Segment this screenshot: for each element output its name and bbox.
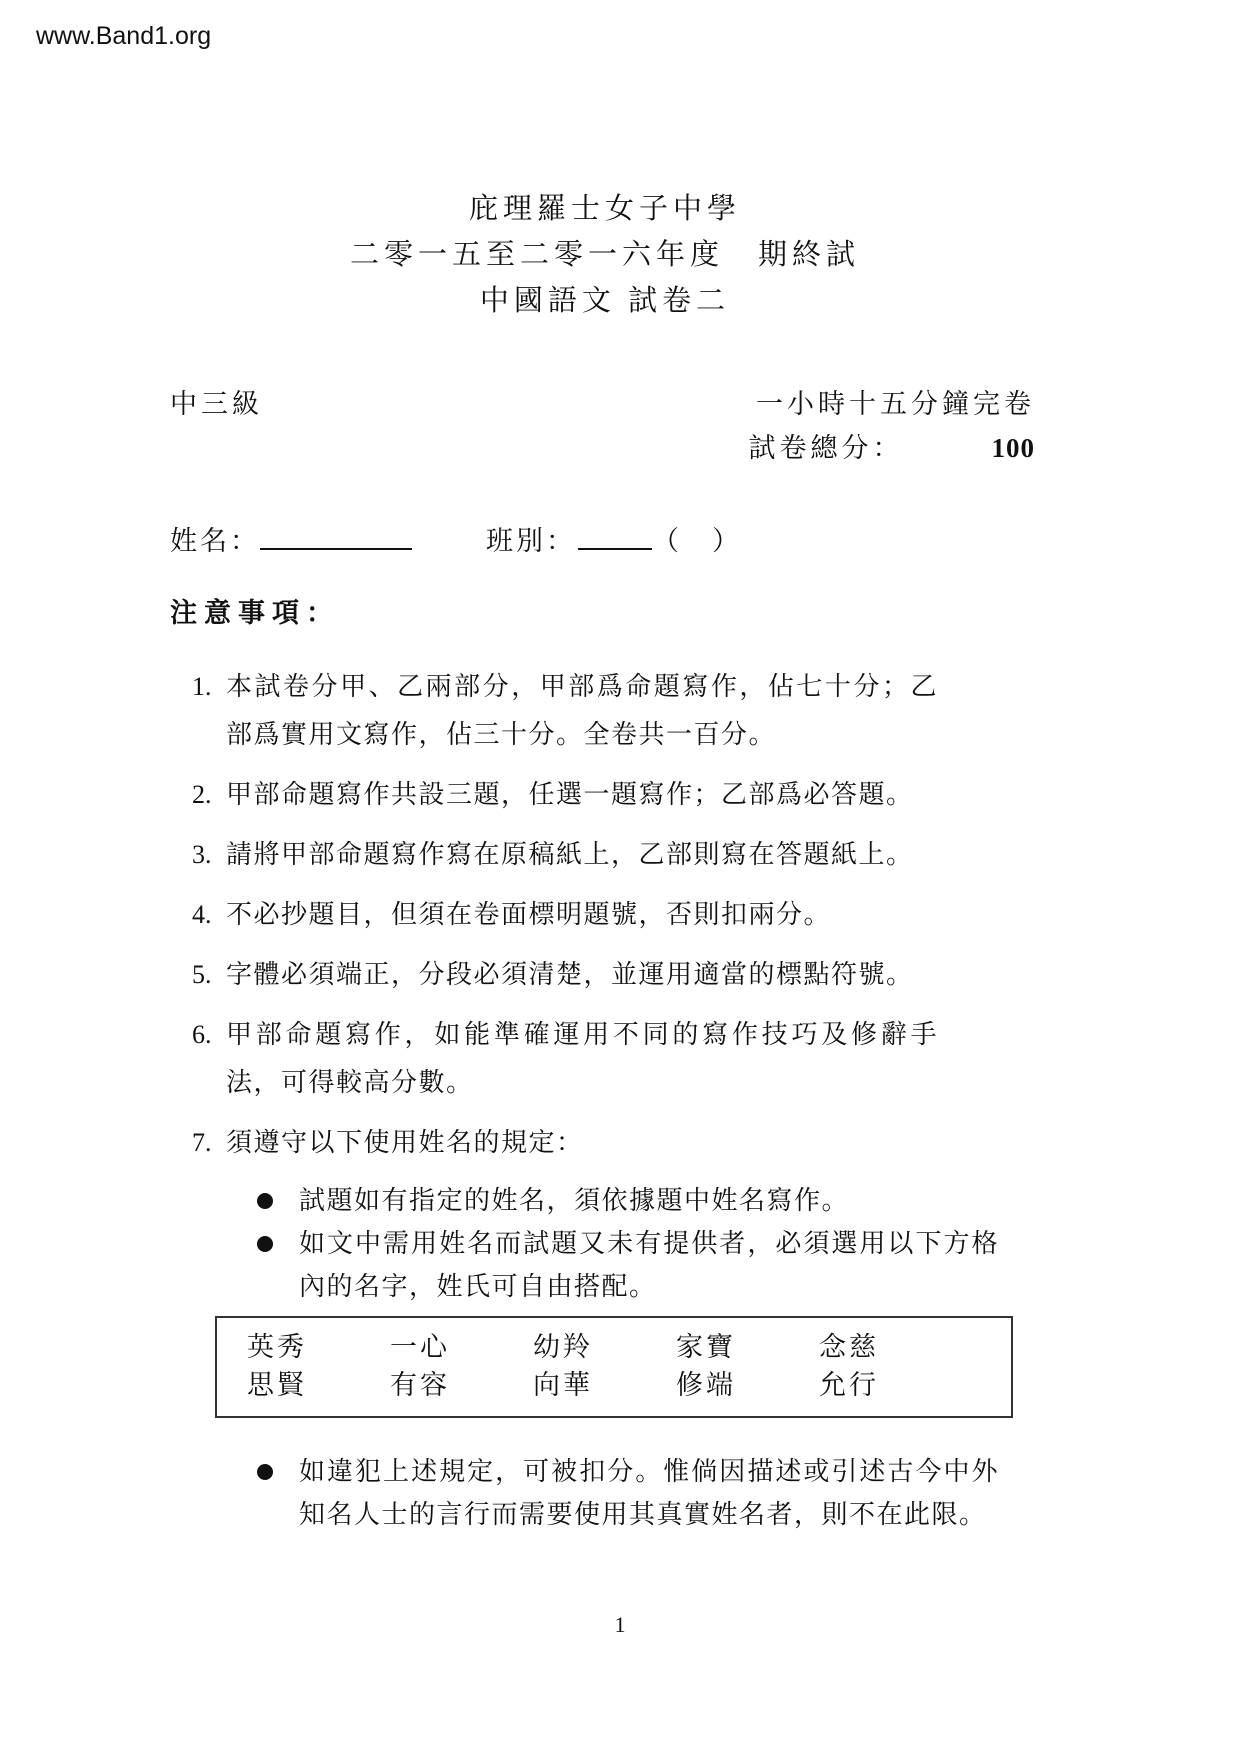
instruction-item: 7.須遵守以下使用姓名的規定： xyxy=(192,1119,938,1167)
item-number: 3. xyxy=(192,831,212,879)
meta-row: 中三級 一小時十五分鐘完卷 xyxy=(170,386,1035,422)
item-text: 本試卷分甲、乙兩部分，甲部爲命題寫作，佔七十分；乙部爲實用文寫作，佔三十分。全卷… xyxy=(226,672,938,749)
item-number: 4. xyxy=(192,891,212,939)
item-number: 7. xyxy=(192,1119,212,1167)
watermark-url: www.Band1.org xyxy=(36,22,211,51)
class-number-bracket: （ ） xyxy=(652,526,742,556)
item-text: 字體必須端正，分段必須清楚，並運用適當的標點符號。 xyxy=(226,960,914,989)
total-score-label: 試卷總分： xyxy=(749,433,904,463)
item-text: 不必抄題目，但須在卷面標明題號，否則扣兩分。 xyxy=(226,900,831,929)
instruction-item: 2.甲部命題寫作共設三題，任選一題寫作；乙部爲必答題。 xyxy=(192,771,938,819)
final-rule-list: 如違犯上述規定，可被扣分。惟倘因描述或引述古今中外知名人士的言行而需要使用其真實… xyxy=(257,1450,999,1536)
total-score-row: 試卷總分：100 xyxy=(170,430,1035,466)
name-rule-item: 如文中需用姓名而試題又未有提供者，必須選用以下方格內的名字，姓氏可自由搭配。 xyxy=(257,1222,999,1308)
name-option: 英秀 xyxy=(247,1328,390,1366)
item-number: 6. xyxy=(192,1011,212,1059)
names-row-2: 思賢 有容 向華 修端 允行 xyxy=(247,1366,1011,1404)
final-rule-section: 如違犯上述規定，可被扣分。惟倘因描述或引述古今中外知名人士的言行而需要使用其真實… xyxy=(0,1450,1240,1536)
name-rule-item: 試題如有指定的姓名，須依據題中姓名寫作。 xyxy=(257,1179,999,1222)
instruction-list: 1.本試卷分甲、乙兩部分，甲部爲命題寫作，佔七十分；乙部爲實用文寫作，佔三十分。… xyxy=(192,663,938,1167)
exam-paper-page: www.Band1.org 庇理羅士女子中學 二零一五至二零一六年度 期終試 中… xyxy=(0,0,1240,1754)
school-name: 庇理羅士女子中學 xyxy=(0,186,1210,232)
bullet-icon xyxy=(257,1193,273,1209)
name-label: 姓名： xyxy=(170,526,260,556)
name-option: 思賢 xyxy=(247,1366,390,1404)
class-blank-line xyxy=(578,518,652,550)
item-number: 1. xyxy=(192,663,212,711)
instruction-item: 3.請將甲部命題寫作寫在原稿紙上，乙部則寫在答題紙上。 xyxy=(192,831,938,879)
instruction-item: 4.不必抄題目，但須在卷面標明題號，否則扣兩分。 xyxy=(192,891,938,939)
instruction-item: 5.字體必須端正，分段必須清楚，並運用適當的標點符號。 xyxy=(192,951,938,999)
name-rule-list: 試題如有指定的姓名，須依據題中姓名寫作。 如文中需用姓名而試題又未有提供者，必須… xyxy=(257,1179,999,1308)
final-rule-item: 如違犯上述規定，可被扣分。惟倘因描述或引述古今中外知名人士的言行而需要使用其真實… xyxy=(257,1450,999,1536)
rule-text: 如文中需用姓名而試題又未有提供者，必須選用以下方格內的名字，姓氏可自由搭配。 xyxy=(299,1229,999,1301)
exam-duration: 一小時十五分鐘完卷 xyxy=(756,386,1035,422)
name-option: 允行 xyxy=(819,1366,962,1404)
name-blank-line xyxy=(260,518,412,550)
name-option: 念慈 xyxy=(819,1328,962,1366)
name-option: 家寶 xyxy=(676,1328,819,1366)
name-option: 幼羚 xyxy=(533,1328,676,1366)
instruction-item: 6.甲部命題寫作，如能準確運用不同的寫作技巧及修辭手法，可得較高分數。 xyxy=(192,1011,938,1107)
subject-title: 中國語文 試卷二 xyxy=(0,278,1210,324)
names-row-1: 英秀 一心 幼羚 家寶 念慈 xyxy=(247,1328,1011,1366)
item-number: 5. xyxy=(192,951,212,999)
grade-level: 中三級 xyxy=(170,386,263,422)
name-option: 一心 xyxy=(390,1328,533,1366)
exam-year-title: 二零一五至二零一六年度 期終試 xyxy=(0,232,1210,278)
notice-heading: 注意事項： xyxy=(170,595,1240,631)
item-number: 2. xyxy=(192,771,212,819)
name-option: 修端 xyxy=(676,1366,819,1404)
bullet-icon xyxy=(257,1236,273,1252)
item-text: 甲部命題寫作共設三題，任選一題寫作；乙部爲必答題。 xyxy=(226,780,914,809)
rule-text: 如違犯上述規定，可被扣分。惟倘因描述或引述古今中外知名人士的言行而需要使用其真實… xyxy=(299,1457,999,1529)
class-label: 班別： xyxy=(486,526,576,556)
student-info-row: 姓名：班別：（ ） xyxy=(170,518,1240,561)
total-score-value: 100 xyxy=(992,433,1036,463)
name-option: 有容 xyxy=(390,1366,533,1404)
rule-text: 試題如有指定的姓名，須依據題中姓名寫作。 xyxy=(299,1186,849,1215)
page-number: 1 xyxy=(0,1612,1240,1638)
instruction-item: 1.本試卷分甲、乙兩部分，甲部爲命題寫作，佔七十分；乙部爲實用文寫作，佔三十分。… xyxy=(192,663,938,759)
bullet-icon xyxy=(257,1464,273,1480)
item-text: 甲部命題寫作，如能準確運用不同的寫作技巧及修辭手法，可得較高分數。 xyxy=(226,1020,938,1097)
name-option: 向華 xyxy=(533,1366,676,1404)
item-text: 請將甲部命題寫作寫在原稿紙上，乙部則寫在答題紙上。 xyxy=(226,840,914,869)
allowed-names-box: 英秀 一心 幼羚 家寶 念慈 思賢 有容 向華 修端 允行 xyxy=(215,1316,1013,1418)
item-text: 須遵守以下使用姓名的規定： xyxy=(226,1128,584,1157)
